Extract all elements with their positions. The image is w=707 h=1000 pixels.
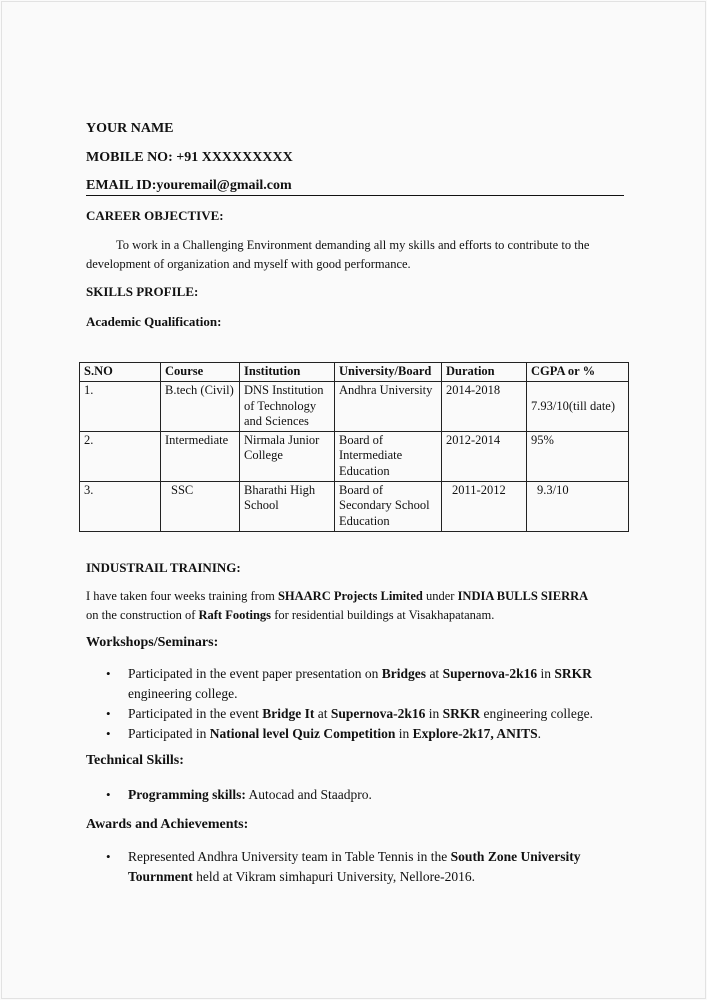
workshop-fest: Supernova-2k16 (443, 666, 538, 681)
cell-duration: 2014-2018 (442, 382, 527, 432)
bullet-icon: • (106, 704, 111, 724)
cell-institution: Nirmala Junior College (240, 432, 335, 482)
cell-institution: Bharathi High School (240, 482, 335, 532)
training-topic: Raft Footings (198, 608, 271, 622)
workshop-text: engineering college. (480, 706, 593, 721)
workshop-text: Participated in the event paper presenta… (128, 666, 382, 681)
workshop-text: . (538, 726, 541, 741)
table-header-row: S.NOCourseInstitutionUniversity/BoardDur… (80, 363, 629, 382)
workshop-college: SRKR (443, 706, 481, 721)
skill-label: Programming skills: (128, 787, 246, 802)
technical-skills-title: Technical Skills: (86, 753, 184, 769)
industrial-training-title: INDUSTRAIL TRAINING: (86, 560, 241, 576)
cell-university: Andhra University (335, 382, 442, 432)
workshop-text: in (425, 706, 442, 721)
workshop-fest: Explore-2k17, ANITS (413, 726, 538, 741)
bullet-icon: • (106, 724, 111, 744)
workshop-text: in (395, 726, 412, 741)
career-objective-text: To work in a Challenging Environment dem… (86, 236, 626, 274)
table-row: 1.B.tech (Civil)DNS Institution of Techn… (80, 382, 629, 432)
cell-course: B.tech (Civil) (161, 382, 240, 432)
objective-line-1: To work in a Challenging Environment dem… (116, 238, 589, 252)
cell-university: Board of Secondary School Education (335, 482, 442, 532)
training-company: SHAARC Projects Limited (278, 589, 423, 603)
workshop-item: •Participated in the event paper present… (128, 664, 628, 704)
workshop-text: in (537, 666, 554, 681)
skills-profile-title: SKILLS PROFILE: (86, 284, 198, 300)
header-divider (86, 195, 624, 196)
cell-sno: 1. (80, 382, 161, 432)
workshop-event: Bridge It (262, 706, 314, 721)
cell-cgpa: 7.93/10(till date) (527, 382, 629, 432)
name-heading: YOUR NAME (86, 121, 174, 137)
cell-sno: 3. (80, 482, 161, 532)
academic-table: S.NOCourseInstitutionUniversity/BoardDur… (79, 362, 629, 532)
training-text-3: on the construction of (86, 608, 198, 622)
bullet-icon: • (106, 785, 111, 805)
academic-qualification-title: Academic Qualification: (86, 314, 221, 330)
workshop-event: National level Quiz Competition (210, 726, 396, 741)
workshop-event: Bridges (382, 666, 426, 681)
table-body: 1.B.tech (Civil)DNS Institution of Techn… (80, 382, 629, 532)
column-header-course: Course (161, 363, 240, 382)
workshop-text: at (314, 706, 331, 721)
training-text-2: under (423, 589, 458, 603)
objective-line-2: development of organization and myself w… (86, 257, 411, 271)
table-row: 2.IntermediateNirmala Junior CollegeBoar… (80, 432, 629, 482)
workshop-text: Participated in (128, 726, 210, 741)
cell-duration: 2011-2012 (442, 482, 527, 532)
training-text: I have taken four weeks training from SH… (86, 587, 636, 625)
column-header-sno: S.NO (80, 363, 161, 382)
column-header-duration: Duration (442, 363, 527, 382)
awards-title: Awards and Achievements: (86, 817, 248, 833)
mobile-number: MOBILE NO: +91 XXXXXXXXX (86, 150, 293, 166)
workshop-college: SRKR (554, 666, 592, 681)
column-header-university: University/Board (335, 363, 442, 382)
workshop-item: •Participated in National level Quiz Com… (128, 724, 628, 744)
cell-duration: 2012-2014 (442, 432, 527, 482)
award-text-1: Represented Andhra University team in Ta… (128, 849, 451, 864)
award-text-2: held at Vikram simhapuri University, Nel… (193, 869, 475, 884)
workshop-item: •Participated in the event Bridge It at … (128, 704, 628, 724)
cell-cgpa: 9.3/10 (527, 482, 629, 532)
workshop-fest: Supernova-2k16 (331, 706, 426, 721)
skill-value: Autocad and Staadpro. (246, 787, 372, 802)
cell-sno: 2. (80, 432, 161, 482)
email-id: EMAIL ID:youremail@gmail.com (86, 178, 292, 194)
column-header-cgpa: CGPA or % (527, 363, 629, 382)
bullet-icon: • (106, 847, 111, 867)
award-item: • Represented Andhra University team in … (128, 847, 628, 887)
cell-university: Board of Intermediate Education (335, 432, 442, 482)
table-row: 3.SSCBharathi High SchoolBoard of Second… (80, 482, 629, 532)
workshop-text: at (426, 666, 443, 681)
training-text-1: I have taken four weeks training from (86, 589, 278, 603)
workshop-text: engineering college. (128, 686, 237, 701)
bullet-icon: • (106, 664, 111, 684)
cell-institution: DNS Institution of Technology and Scienc… (240, 382, 335, 432)
cell-cgpa: 95% (527, 432, 629, 482)
technical-skill-item: • Programming skills: Autocad and Staadp… (128, 785, 628, 805)
training-project: INDIA BULLS SIERRA (458, 589, 589, 603)
cell-course: SSC (161, 482, 240, 532)
cell-course: Intermediate (161, 432, 240, 482)
workshop-text: Participated in the event (128, 706, 262, 721)
column-header-institution: Institution (240, 363, 335, 382)
training-text-4: for residential buildings at Visakhapata… (271, 608, 494, 622)
career-objective-title: CAREER OBJECTIVE: (86, 208, 224, 224)
workshops-title: Workshops/Seminars: (86, 635, 218, 651)
